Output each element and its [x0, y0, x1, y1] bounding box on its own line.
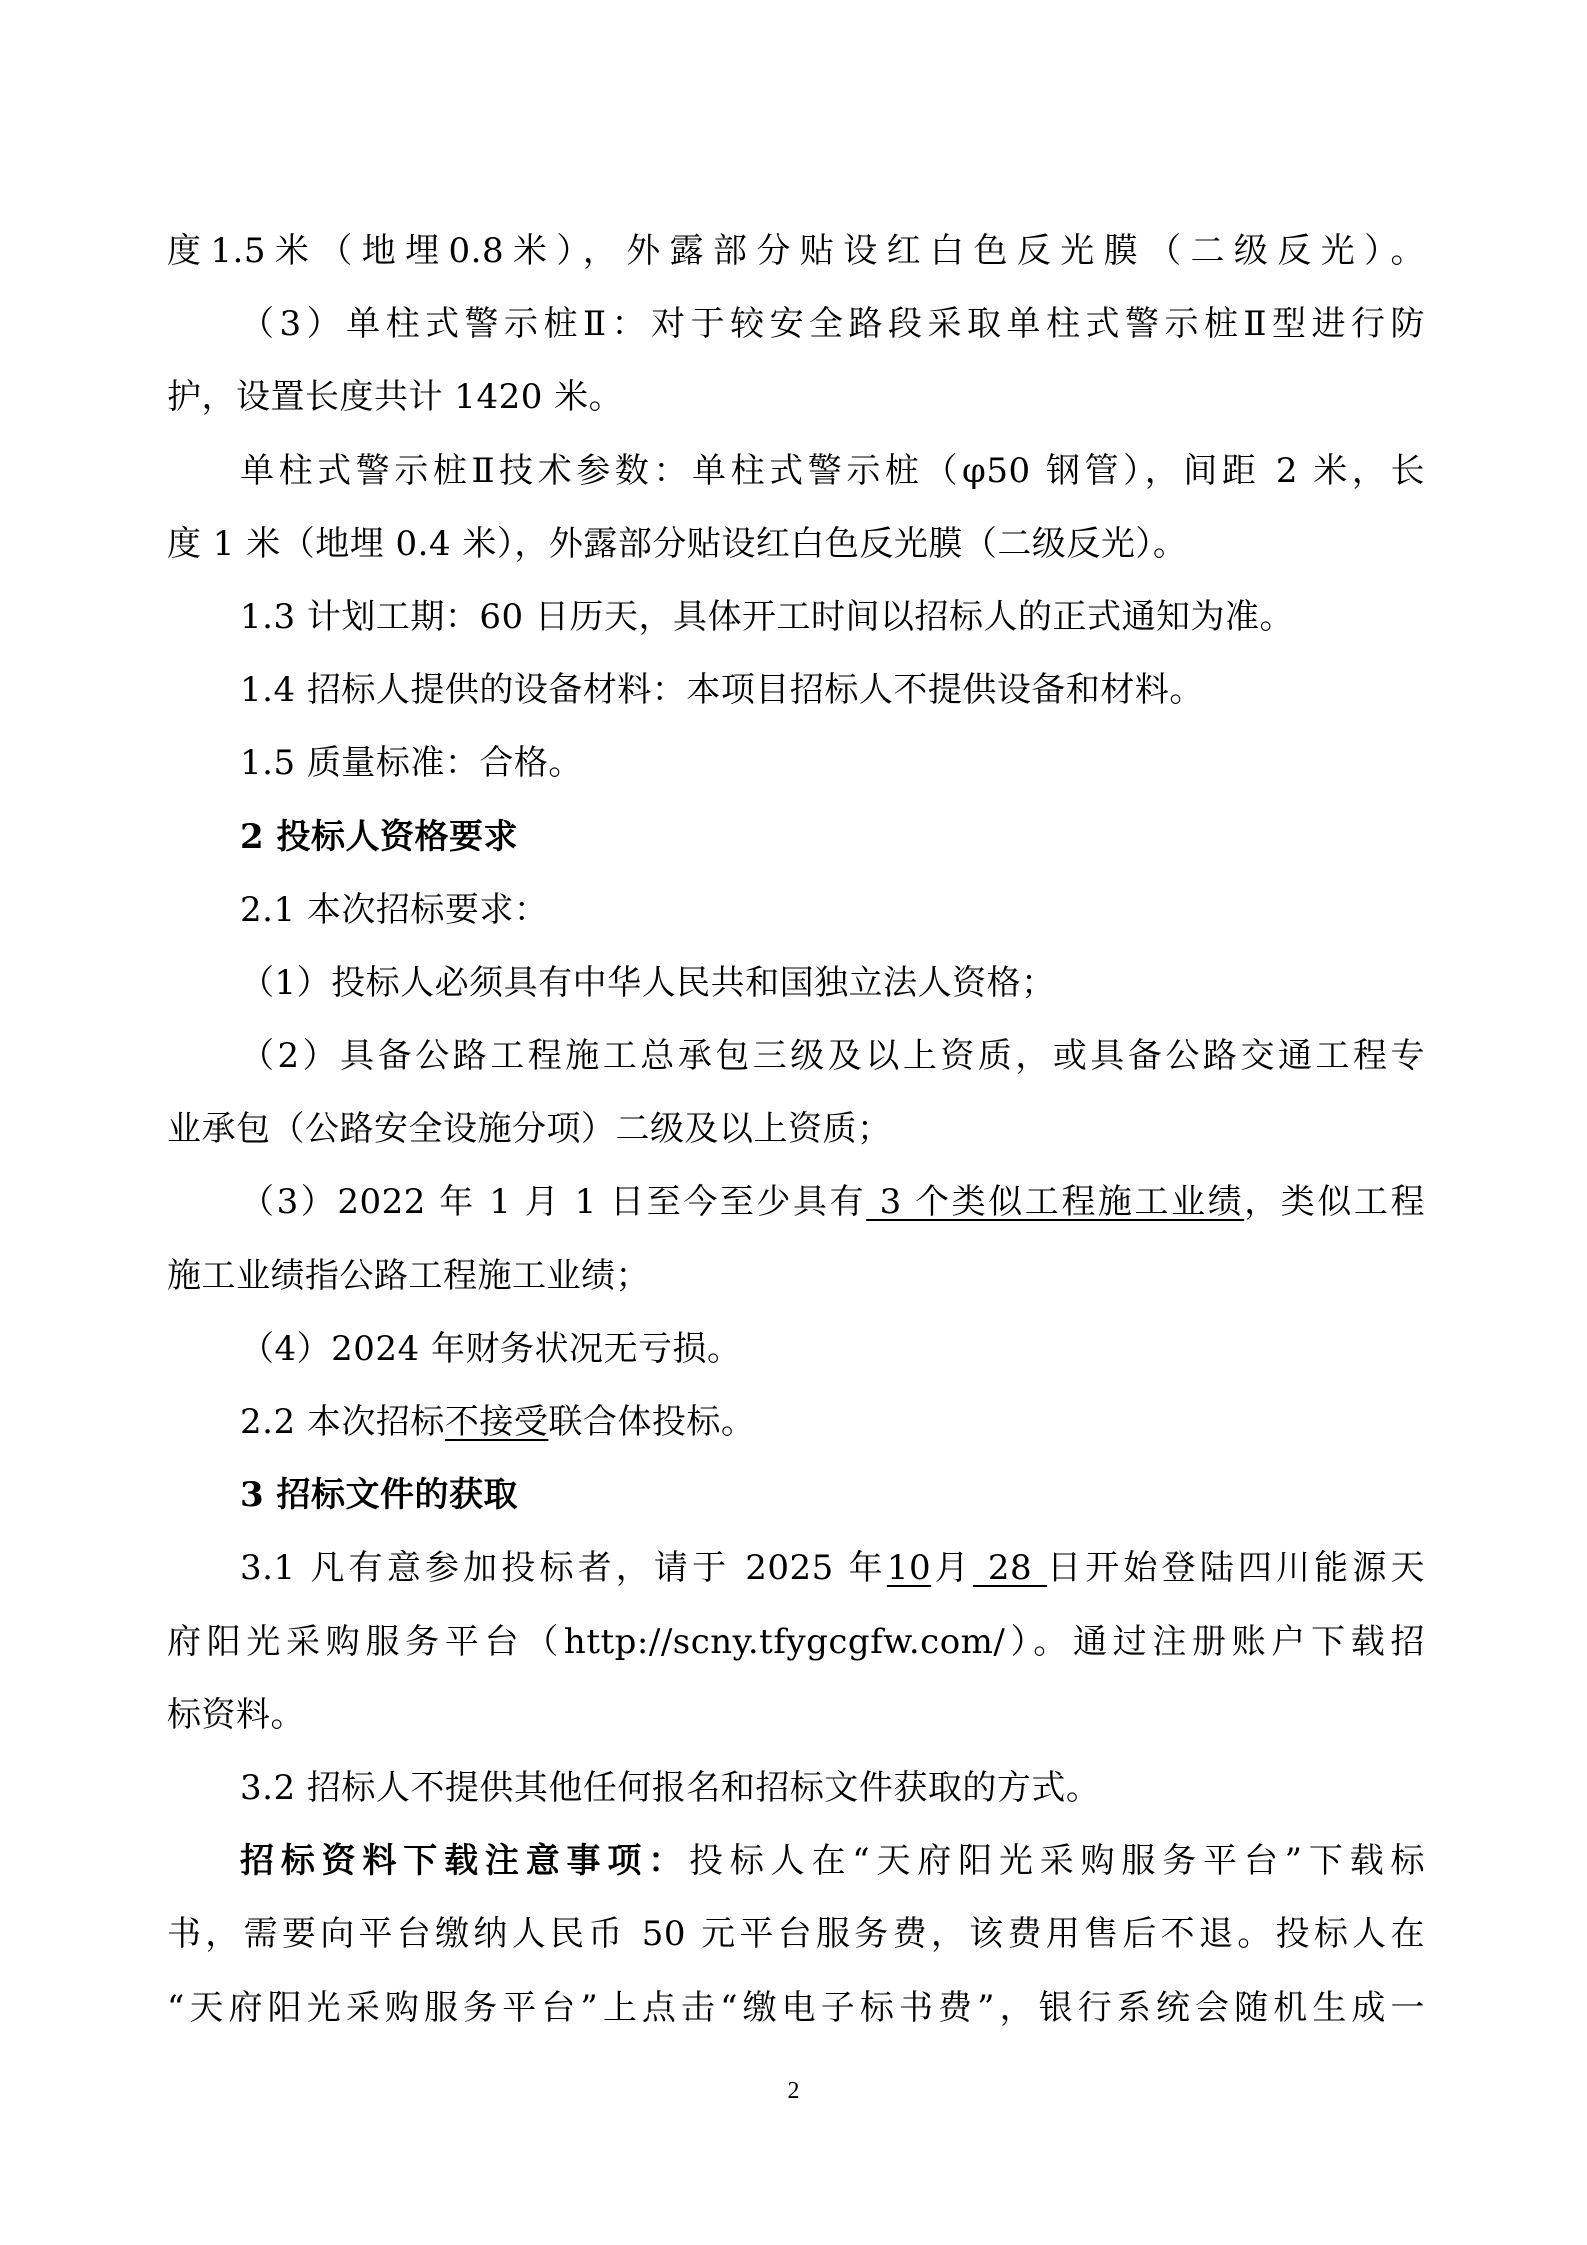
paragraph-line: 护，设置长度共计 1420 米。: [167, 361, 1425, 434]
paragraph-line: 施工业绩指公路工程施工业绩；: [167, 1240, 1425, 1313]
underlined-text: 不接受: [445, 1402, 549, 1442]
text-span: 月: [931, 1548, 973, 1588]
text-span: 日开始登陆四川能源天: [1047, 1548, 1425, 1588]
paragraph-line: 度1.5米（地埋0.8米），外露部分贴设红白色反光膜（二级反光）。: [167, 215, 1425, 288]
text-span: 投标人在“天府阳光采购服务平台”下载标: [689, 1841, 1425, 1881]
paragraph-line: （4）2024 年财务状况无亏损。: [167, 1313, 1425, 1386]
paragraph-line: （3）单柱式警示桩Ⅱ：对于较安全路段采取单柱式警示桩Ⅱ型进行防: [167, 288, 1425, 361]
paragraph-line: 3.1 凡有意参加投标者，请于 2025 年10月 28 日开始登陆四川能源天: [167, 1532, 1425, 1605]
underlined-text: 3 个类似工程施工业绩: [866, 1182, 1244, 1222]
paragraph-line: 标资料。: [167, 1679, 1425, 1752]
document-page: 度1.5米（地埋0.8米），外露部分贴设红白色反光膜（二级反光）。 （3）单柱式…: [167, 215, 1425, 2045]
paragraph-line: （2）具备公路工程施工总承包三级及以上资质，或具备公路交通工程专: [167, 1020, 1425, 1093]
text-span: 联合体投标。: [548, 1402, 755, 1442]
text-span: 2.2 本次招标: [240, 1402, 445, 1442]
paragraph-line: 2.2 本次招标不接受联合体投标。: [167, 1386, 1425, 1459]
paragraph-line: 度 1 米（地埋 0.4 米），外露部分贴设红白色反光膜（二级反光）。: [167, 508, 1425, 581]
paragraph-line: 3.2 招标人不提供其他任何报名和招标文件获取的方式。: [167, 1752, 1425, 1825]
paragraph-line: 府阳光采购服务平台（http://scny.tfygcgfw.com/）。通过注…: [167, 1606, 1425, 1679]
paragraph-line: 业承包（公路安全设施分项）二级及以上资质；: [167, 1093, 1425, 1166]
underlined-day: 28: [973, 1548, 1047, 1588]
paragraph-line: 2.1 本次招标要求：: [167, 874, 1425, 947]
page-number: 2: [0, 2078, 1587, 2105]
paragraph-line: “天府阳光采购服务平台”上点击“缴电子标书费”，银行系统会随机生成一: [167, 1972, 1425, 2045]
section-heading: 2 投标人资格要求: [167, 801, 1425, 874]
paragraph-line: 1.3 计划工期：60 日历天，具体开工时间以招标人的正式通知为准。: [167, 581, 1425, 654]
text-span: 3.1 凡有意参加投标者，请于 2025 年: [240, 1548, 887, 1588]
paragraph-line: （1）投标人必须具有中华人民共和国独立法人资格；: [167, 947, 1425, 1020]
bold-label: 招标资料下载注意事项：: [240, 1841, 689, 1881]
paragraph-line: 单柱式警示桩Ⅱ技术参数：单柱式警示桩（φ50 钢管），间距 2 米，长: [167, 435, 1425, 508]
section-heading: 3 招标文件的获取: [167, 1459, 1425, 1532]
paragraph-line: （3）2022 年 1 月 1 日至今至少具有 3 个类似工程施工业绩，类似工程: [167, 1166, 1425, 1239]
underlined-month: 10: [887, 1548, 931, 1588]
paragraph-line: 1.4 招标人提供的设备材料：本项目招标人不提供设备和材料。: [167, 654, 1425, 727]
text-span: ，类似工程: [1244, 1182, 1425, 1222]
text-span: （3）2022 年 1 月 1 日至今至少具有: [240, 1182, 866, 1222]
paragraph-line: 1.5 质量标准：合格。: [167, 727, 1425, 800]
paragraph-line: 书，需要向平台缴纳人民币 50 元平台服务费，该费用售后不退。投标人在: [167, 1898, 1425, 1971]
paragraph-line: 招标资料下载注意事项：投标人在“天府阳光采购服务平台”下载标: [167, 1825, 1425, 1898]
